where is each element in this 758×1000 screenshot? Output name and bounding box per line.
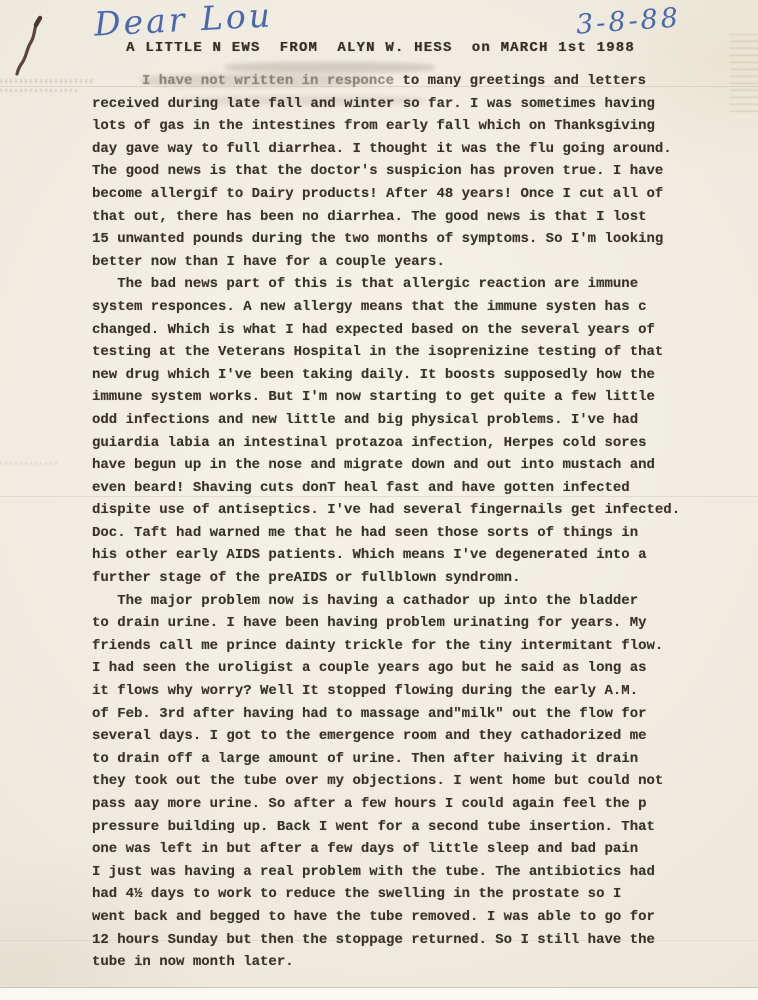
opening-line-rest: to many greetings and letters	[394, 73, 646, 89]
text-line: pass aay more urine. So after a few hour…	[92, 793, 742, 816]
text-line: immune system works. But I'm now startin…	[92, 386, 742, 409]
text-line: even beard! Shaving cuts donT heal fast …	[92, 477, 742, 500]
text-line: went back and begged to have the tube re…	[92, 906, 742, 929]
text-line: pressure building up. Back I went for a …	[92, 816, 742, 839]
text-line: testing at the Veterans Hospital in the …	[92, 341, 742, 364]
text-line: new drug which I've been taking daily. I…	[92, 364, 742, 387]
text-line: of Feb. 3rd after having had to massage …	[92, 703, 742, 726]
letter-body: I have not written in responce to many g…	[92, 70, 742, 974]
margin-smudge	[0, 462, 60, 465]
text-line: several days. I got to the emergence roo…	[92, 725, 742, 748]
text-line: The major problem now is having a cathad…	[92, 590, 742, 613]
text-line: I had seen the uroligist a couple years …	[92, 657, 742, 680]
margin-smudge	[0, 89, 80, 92]
text-line: one was left in but after a few days of …	[92, 838, 742, 861]
paragraph-3: The major problem now is having a cathad…	[92, 590, 742, 974]
letter-page: Dear Lou 3-8-88 A LITTLE N EWS FROM ALYN…	[0, 0, 758, 1000]
text-line: Doc. Taft had warned me that he had seen…	[92, 522, 742, 545]
text-line: guiardia labia an intestinal protazoa in…	[92, 432, 742, 455]
text-line: dispite use of antiseptics. I've had sev…	[92, 499, 742, 522]
text-line: it flows why worry? Well It stopped flow…	[92, 680, 742, 703]
text-line: I just was having a real problem with th…	[92, 861, 742, 884]
text-line: received during late fall and winter so …	[92, 93, 742, 116]
text-line: further stage of the preAIDS or fullblow…	[92, 567, 742, 590]
text-line: day gave way to full diarrhea. I thought…	[92, 138, 742, 161]
text-line: had 4½ days to work to reduce the swelli…	[92, 883, 742, 906]
handwritten-date: 3-8-88	[575, 2, 682, 40]
text-line: better now than I have for a couple year…	[92, 251, 742, 274]
text-line: become allergif to Dairy products! After…	[92, 183, 742, 206]
text-line: The bad news part of this is that allerg…	[92, 273, 742, 296]
text-line: odd infections and new little and big ph…	[92, 409, 742, 432]
text-line: they took out the tube over my objection…	[92, 770, 742, 793]
text-line: 12 hours Sunday but then the stoppage re…	[92, 929, 742, 952]
text-line: 15 unwanted pounds during the two months…	[92, 228, 742, 251]
letter-heading: A LITTLE N EWS FROM ALYN W. HESS on MARC…	[126, 40, 635, 56]
text-line: that out, there has been no diarrhea. Th…	[92, 206, 742, 229]
text-line: changed. Which is what I had expected ba…	[92, 319, 742, 342]
text-line: friends call me prince dainty trickle fo…	[92, 635, 742, 658]
text-line: tube in now month later.	[92, 951, 742, 974]
text-line: lots of gas in the intestines from early…	[92, 115, 742, 138]
text-line: his other early AIDS patients. Which mea…	[92, 544, 742, 567]
ink-squiggle-mark	[6, 12, 56, 82]
text-line: to drain off a large amount of urine. Th…	[92, 748, 742, 771]
paragraph-1: received during late fall and winter so …	[92, 93, 742, 274]
text-line: to drain urine. I have been having probl…	[92, 612, 742, 635]
paragraph-2: The bad news part of this is that allerg…	[92, 273, 742, 589]
text-line: have begun up in the nose and migrate do…	[92, 454, 742, 477]
margin-smudge	[0, 79, 92, 83]
text-line: The good news is that the doctor's suspi…	[92, 160, 742, 183]
faded-typed-text: I have not written in responce	[142, 73, 394, 89]
page-bottom-edge	[0, 987, 758, 1000]
text-line: system responces. A new allergy means th…	[92, 296, 742, 319]
opening-line: I have not written in responce to many g…	[92, 70, 742, 93]
handwritten-greeting: Dear Lou	[93, 0, 274, 44]
